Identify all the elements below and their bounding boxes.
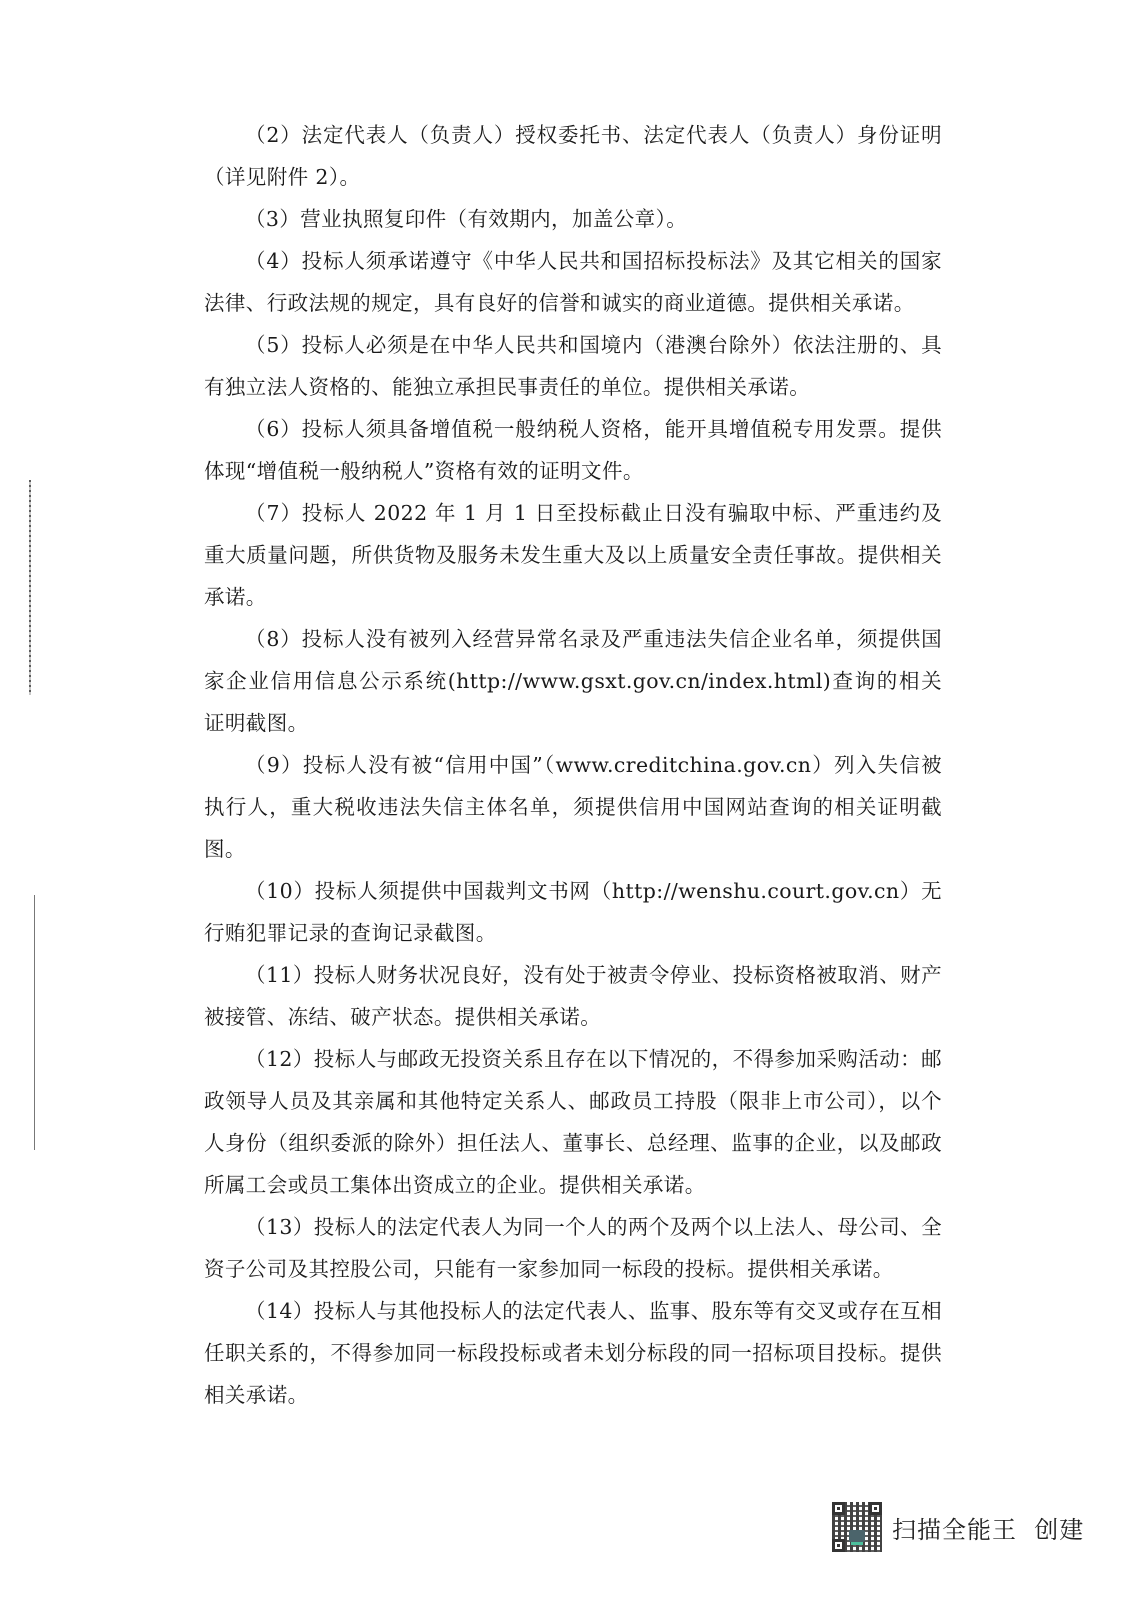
paragraph-item-3: （3）营业执照复印件（有效期内，加盖公章）。 bbox=[204, 198, 942, 240]
paragraph-item-5: （5）投标人必须是在中华人民共和国境内（港澳台除外）依法注册的、具有独立法人资格… bbox=[204, 324, 942, 408]
paragraph-item-14: （14）投标人与其他投标人的法定代表人、监事、股东等有交叉或存在互相任职关系的，… bbox=[204, 1290, 942, 1416]
scanner-watermark: 扫描全能王 创建 bbox=[832, 1502, 1084, 1552]
paragraph-item-12: （12）投标人与邮政无投资关系且存在以下情况的，不得参加采购活动：邮政领导人员及… bbox=[204, 1038, 942, 1206]
document-body: （2）法定代表人（负责人）授权委托书、法定代表人（负责人）身份证明（详见附件 2… bbox=[204, 114, 942, 1416]
scan-edge-artifact bbox=[34, 895, 35, 1150]
paragraph-item-4: （4）投标人须承诺遵守《中华人民共和国招标投标法》及其它相关的国家法律、行政法规… bbox=[204, 240, 942, 324]
watermark-text: 扫描全能王 创建 bbox=[892, 1510, 1084, 1545]
paragraph-item-13: （13）投标人的法定代表人为同一个人的两个及两个以上法人、母公司、全资子公司及其… bbox=[204, 1206, 942, 1290]
paragraph-item-11: （11）投标人财务状况良好，没有处于被责令停业、投标资格被取消、财产被接管、冻结… bbox=[204, 954, 942, 1038]
paragraph-item-6: （6）投标人须具备增值税一般纳税人资格，能开具增值税专用发票。提供体现“增值税一… bbox=[204, 408, 942, 492]
paragraph-item-2: （2）法定代表人（负责人）授权委托书、法定代表人（负责人）身份证明（详见附件 2… bbox=[204, 114, 942, 198]
paragraph-item-10: （10）投标人须提供中国裁判文书网（http://wenshu.court.go… bbox=[204, 870, 942, 954]
paragraph-item-8: （8）投标人没有被列入经营异常名录及严重违法失信企业名单，须提供国家企业信用信息… bbox=[204, 618, 942, 744]
qr-code-icon bbox=[832, 1502, 882, 1552]
paragraph-item-9: （9）投标人没有被“信用中国”（www.creditchina.gov.cn）列… bbox=[204, 744, 942, 870]
paragraph-item-7: （7）投标人 2022 年 1 月 1 日至投标截止日没有骗取中标、严重违约及重… bbox=[204, 492, 942, 618]
scan-edge-artifact bbox=[29, 480, 31, 695]
